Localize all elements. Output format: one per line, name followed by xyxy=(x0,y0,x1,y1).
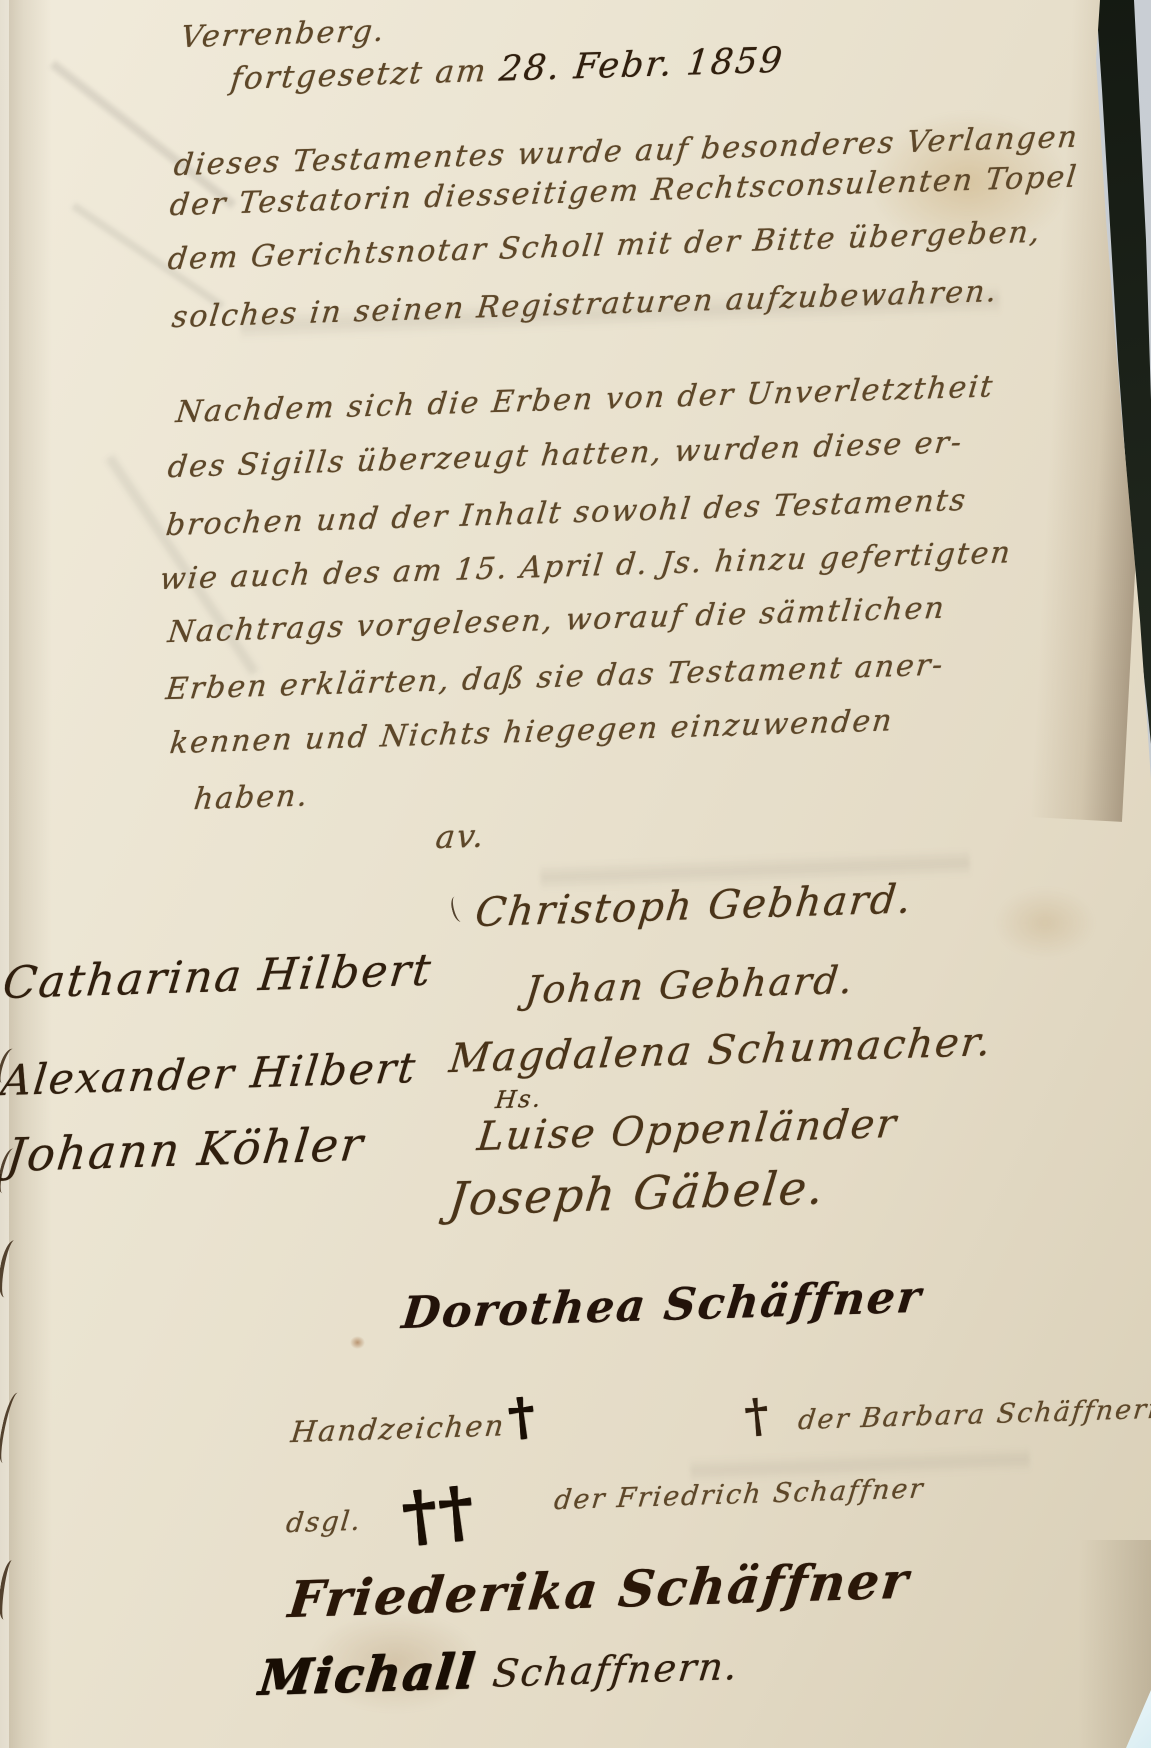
document-photo: Verrenberg. fortgesetzt am 28. Febr. 185… xyxy=(0,0,1151,1748)
handmark-cross-1b: † xyxy=(742,1387,774,1443)
signature-johann-koehler: Johann Köhler xyxy=(4,1117,367,1182)
signature-michall-first: Michall xyxy=(256,1643,479,1706)
paragraph2-line8: haben. xyxy=(192,778,311,817)
date-prefix: fortgesetzt am xyxy=(229,53,490,97)
place-name: Verrenberg. xyxy=(179,14,387,56)
rust-spot xyxy=(350,1336,365,1349)
page-edge-highlight xyxy=(0,0,9,1748)
signature-michall-last: Schaffnern. xyxy=(490,1644,741,1696)
paper-stain xyxy=(995,888,1095,958)
handmark-cross-2: †† xyxy=(398,1470,479,1555)
handmark-label-2: dsgl. xyxy=(285,1506,364,1539)
signature-flourish: Hs. xyxy=(494,1085,544,1115)
handmark-label-1: Handzeichen xyxy=(289,1408,507,1449)
closing-mark: av. xyxy=(434,816,488,856)
handmark-cross-1a: † xyxy=(505,1385,539,1447)
